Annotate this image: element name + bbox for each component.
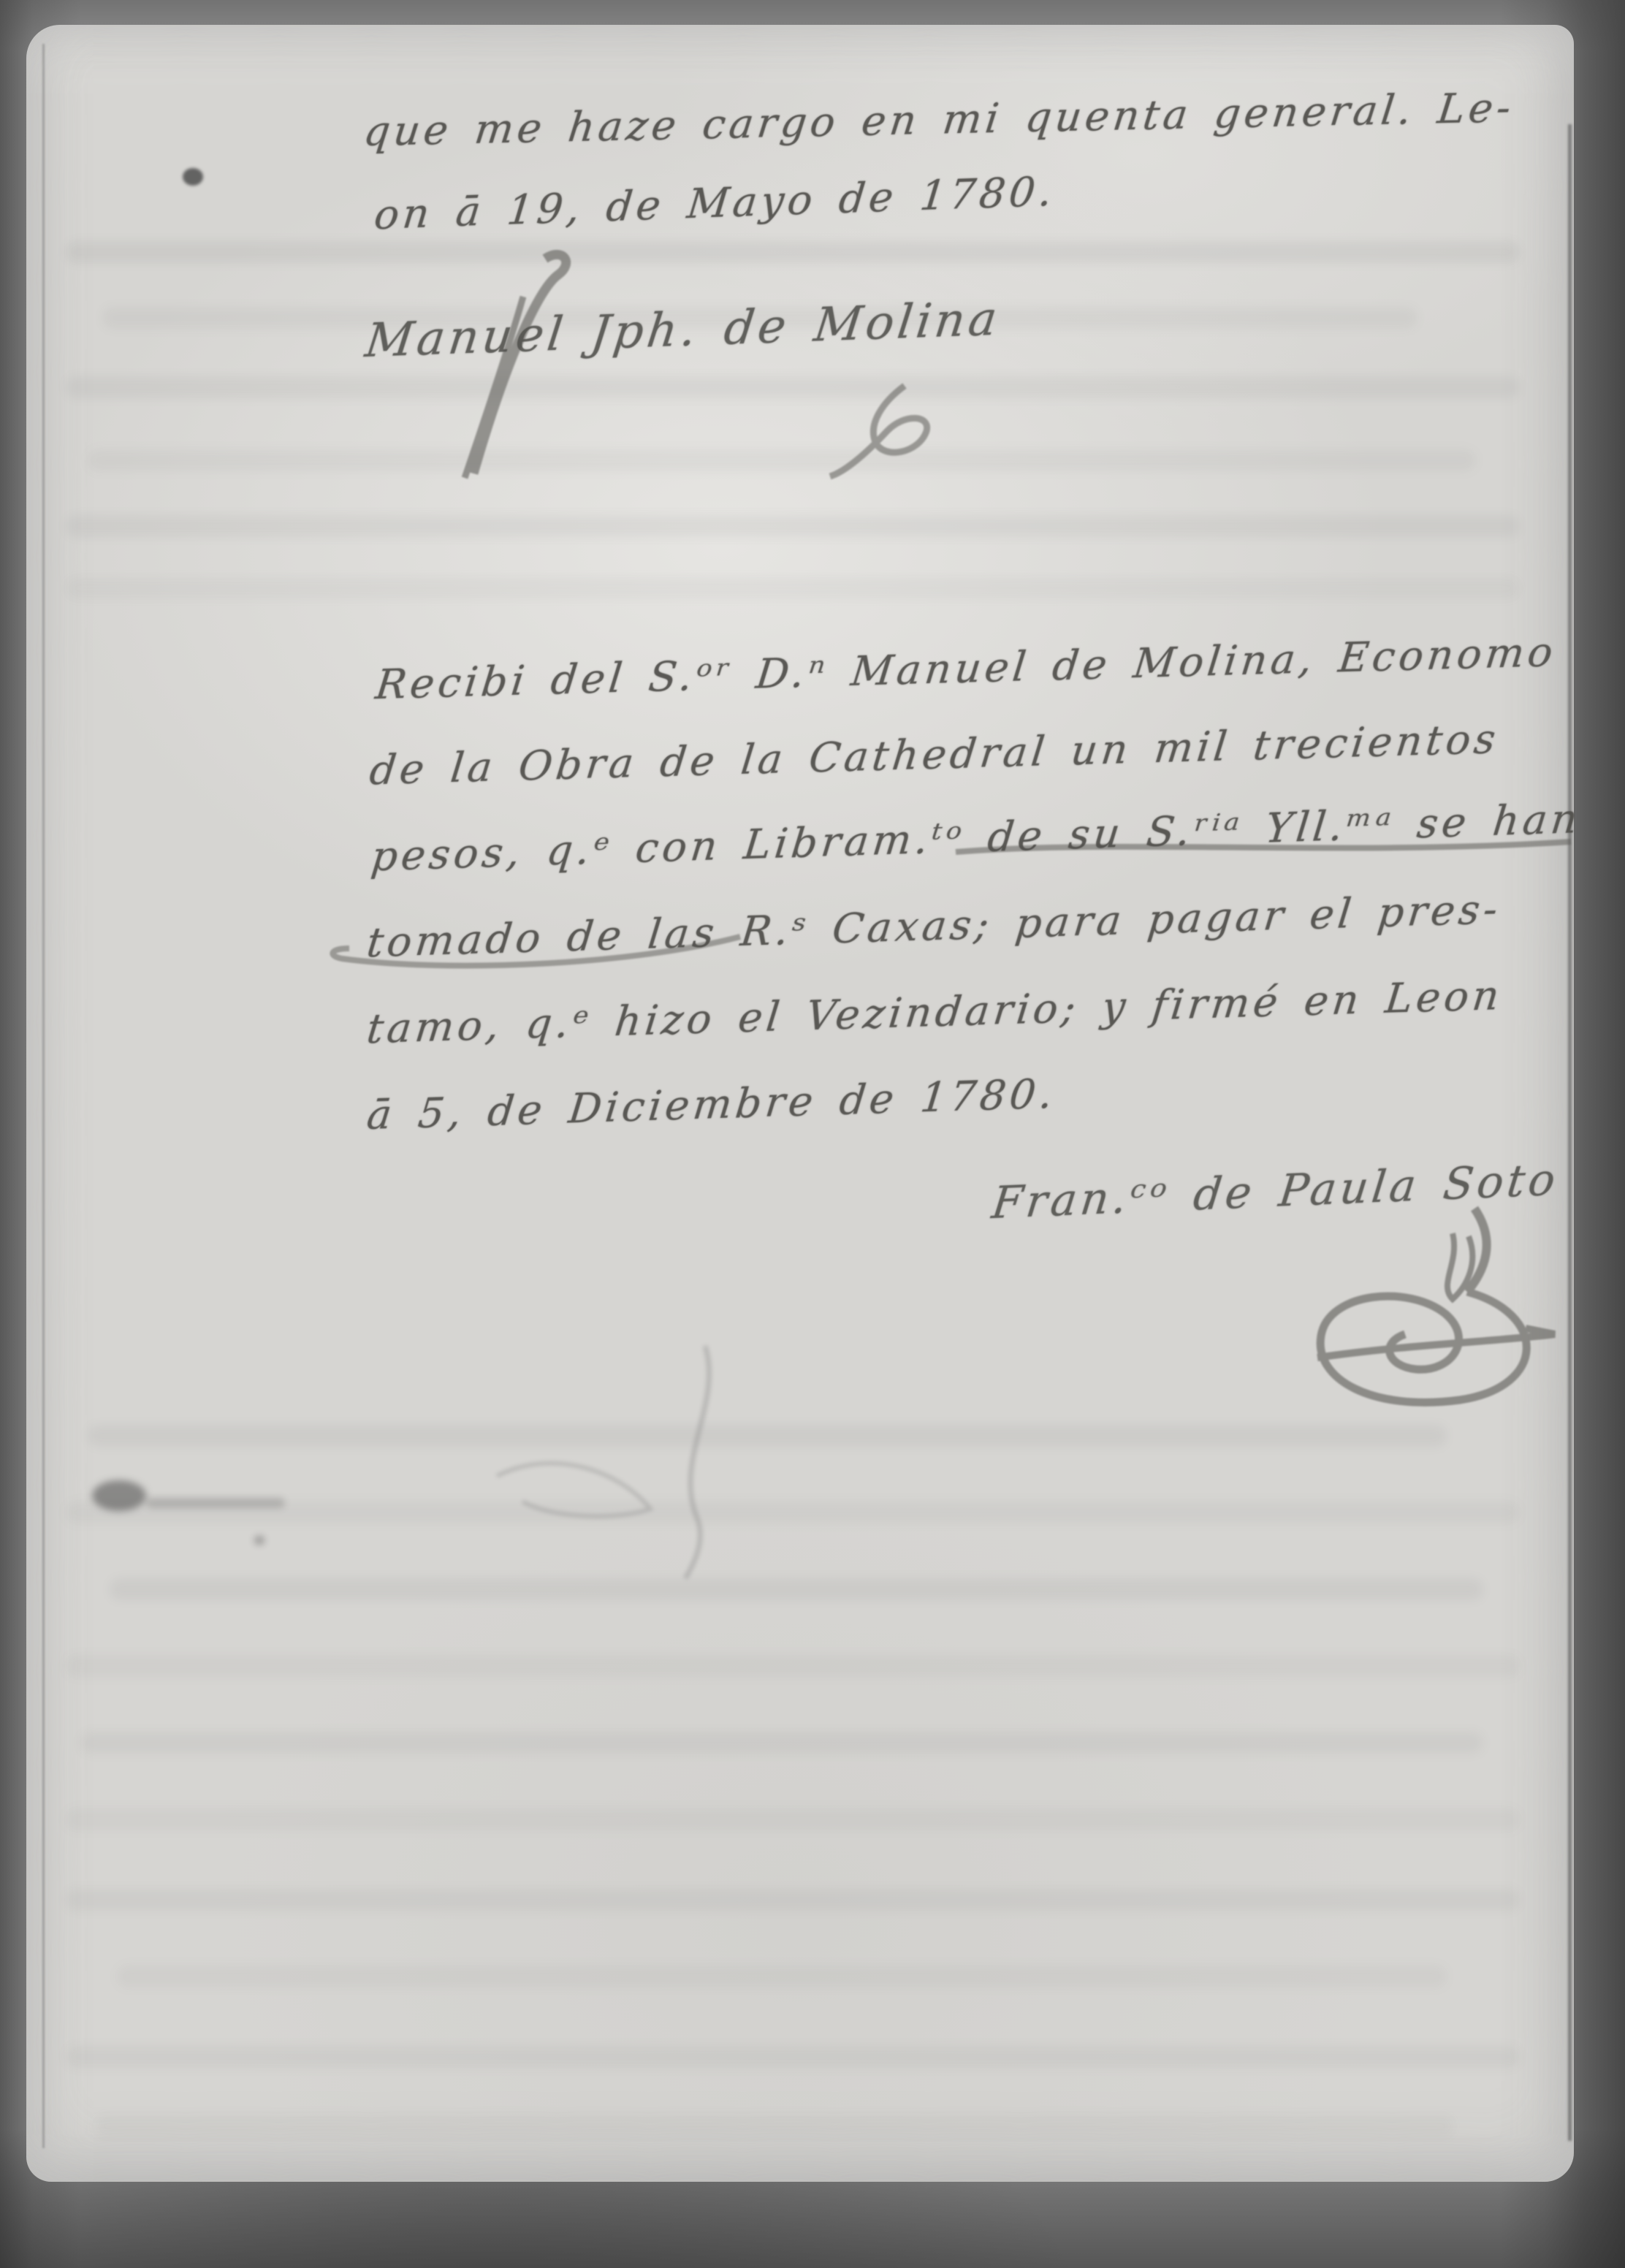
bleedthrough-band <box>117 1966 1447 1987</box>
page-fold-crease <box>42 44 45 2148</box>
ink-blot <box>183 168 203 186</box>
bleedthrough-band <box>66 577 1520 599</box>
bleedthrough-band <box>88 449 1476 471</box>
bleedthrough-band <box>66 1808 1520 1830</box>
soto-signature-rubric <box>1233 1204 1562 1416</box>
molina-signature-flourish <box>817 380 956 482</box>
bleedthrough-band <box>80 1732 1483 1754</box>
bleedthrough-band <box>66 376 1520 398</box>
ink-smudge-tail <box>146 1498 285 1508</box>
bleedthrough-band <box>66 1889 1520 1911</box>
manuscript-photograph: { "manuscript": { "language": "Spanish",… <box>0 0 1625 2268</box>
bleedthrough-band <box>66 515 1520 537</box>
molina-signature-rubric <box>435 246 604 487</box>
faint-doodle <box>453 1337 804 1586</box>
ink-dot <box>254 1536 265 1545</box>
bleedthrough-band <box>95 2115 1454 2137</box>
page-right-edge <box>1568 124 1572 2141</box>
bleedthrough-band <box>66 2046 1520 2068</box>
bleedthrough-band <box>66 1655 1520 1677</box>
bleedthrough-band <box>66 241 1520 263</box>
ink-smudge <box>92 1480 146 1511</box>
